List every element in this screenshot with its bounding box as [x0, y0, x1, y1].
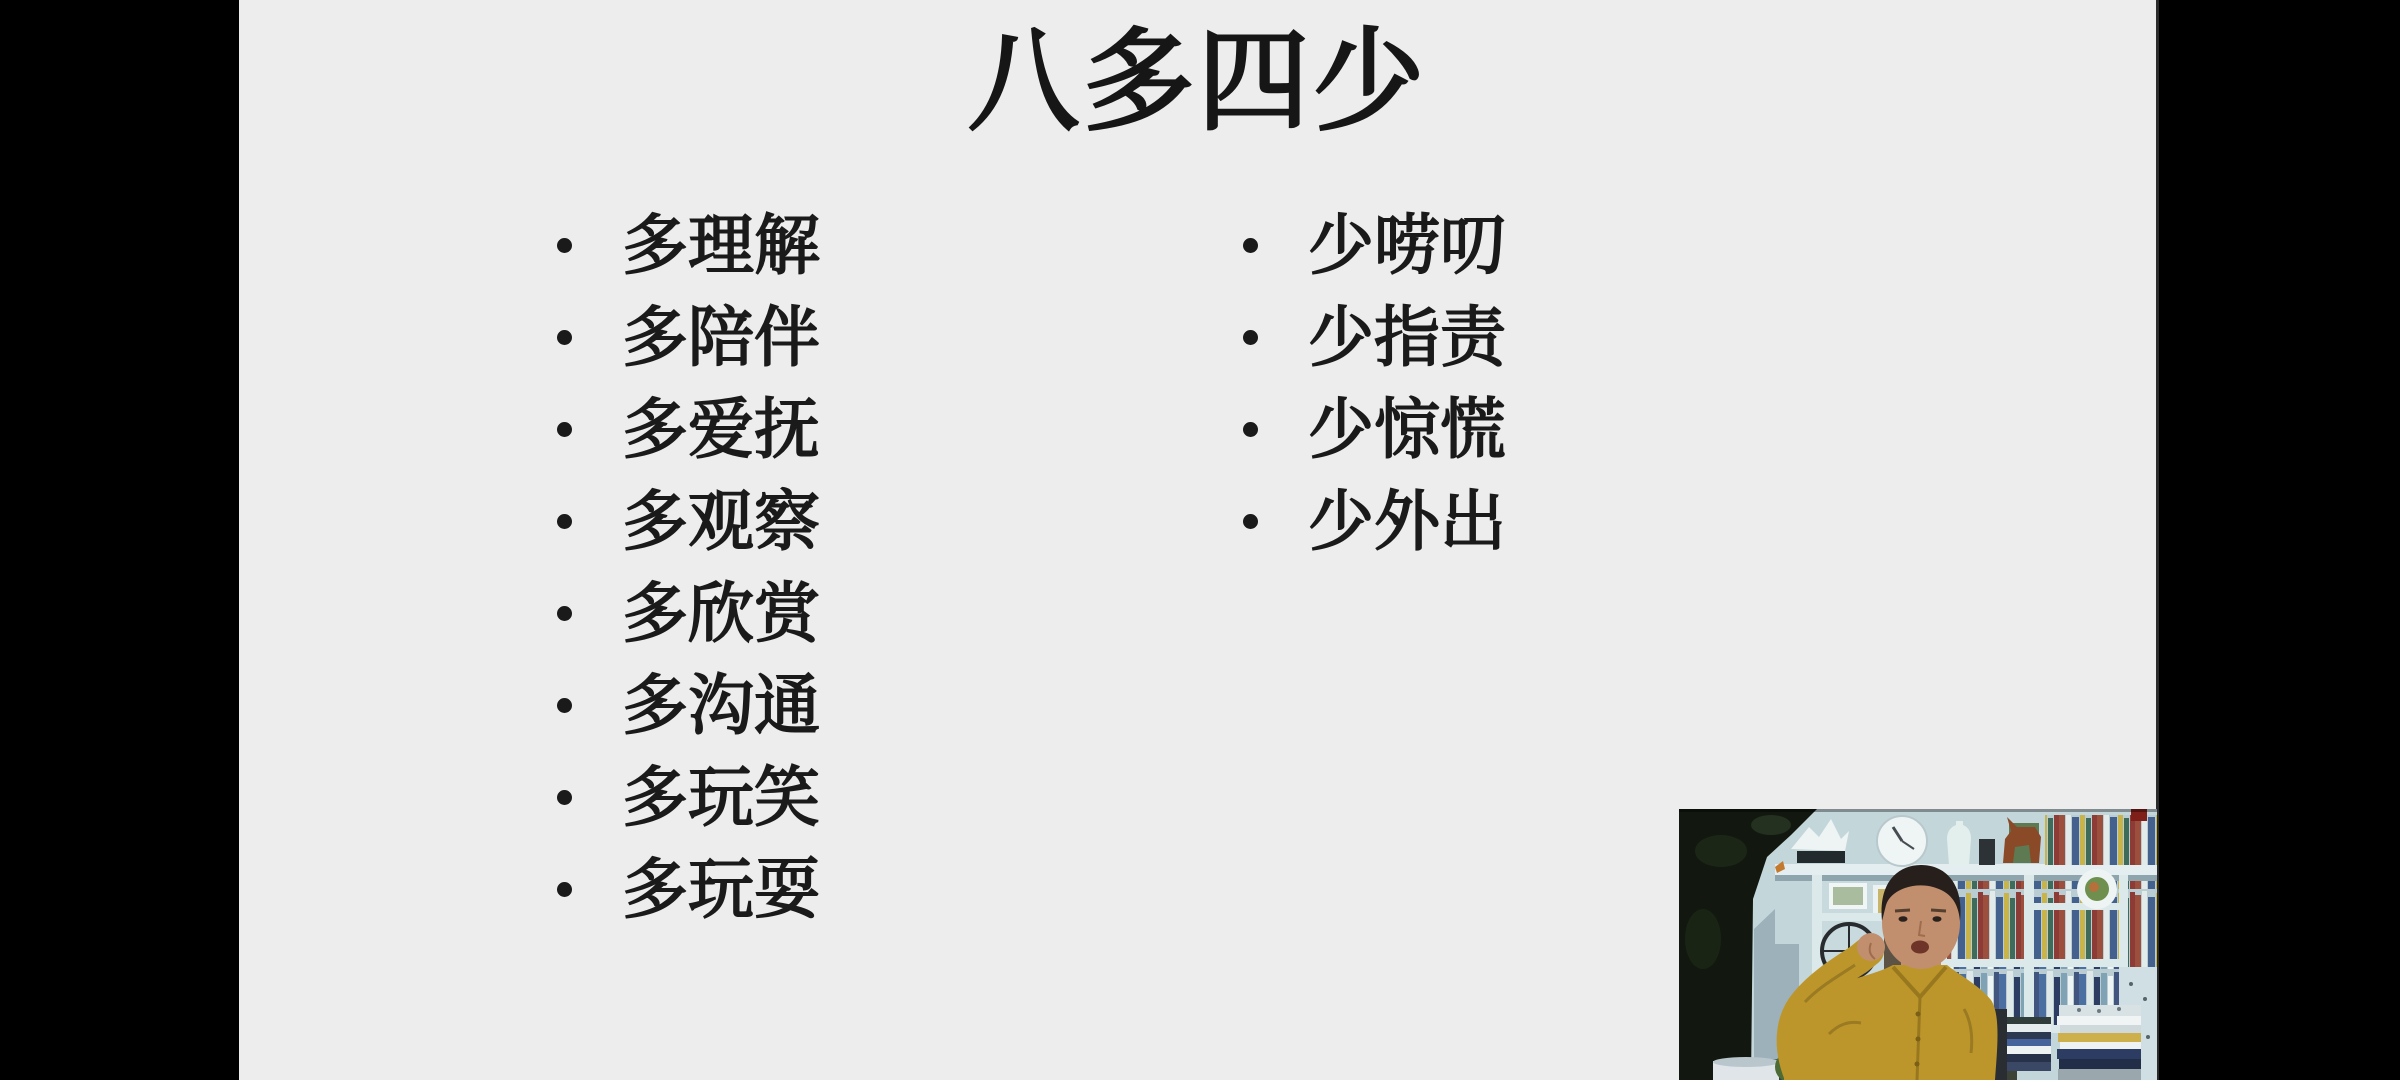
list-item-text: 少唠叨: [1308, 212, 1506, 278]
list-item-text: 多玩耍: [622, 856, 820, 922]
bullet-icon: [1243, 238, 1258, 253]
list-item: 多欣赏: [557, 567, 820, 659]
list-item-text: 多爱抚: [622, 396, 820, 462]
bullet-icon: [1243, 422, 1258, 437]
bullet-icon: [1243, 514, 1258, 529]
bullet-icon: [557, 790, 572, 805]
list-item: 少唠叨: [1243, 199, 1506, 291]
bullet-list-left: 多理解 多陪伴 多爱抚 多观察 多欣赏 多沟通 多玩笑 多玩耍: [557, 199, 820, 935]
webcam-overlay: [1679, 809, 2157, 1080]
list-item: 多理解: [557, 199, 820, 291]
hand: [1857, 933, 1885, 961]
letterbox-bar-left: [0, 0, 239, 1080]
books-row: [2128, 881, 2157, 967]
letterbox-bar-right: [2159, 0, 2400, 1080]
list-item: 多玩笑: [557, 751, 820, 843]
webcam-scene: [1679, 809, 2157, 1080]
bullet-icon: [557, 606, 572, 621]
bullet-list-right: 少唠叨 少指责 少惊慌 少外出: [1243, 199, 1506, 567]
bullet-icon: [557, 330, 572, 345]
list-item: 多沟通: [557, 659, 820, 751]
bullet-icon: [557, 238, 572, 253]
picture-frame: [1833, 887, 1863, 905]
bullet-icon: [1243, 330, 1258, 345]
eye: [1933, 916, 1942, 922]
list-item-text: 少外出: [1308, 488, 1506, 554]
video-frame: 八多四少 多理解 多陪伴 多爱抚 多观察 多欣赏 多沟通 多玩笑 多玩耍 少唠叨…: [0, 0, 2400, 1080]
open-mouth: [1911, 941, 1929, 954]
books-row: [2045, 815, 2157, 865]
list-item-text: 多理解: [622, 212, 820, 278]
list-item-text: 多观察: [622, 488, 820, 554]
list-item: 多爱抚: [557, 383, 820, 475]
eye: [1899, 916, 1908, 922]
lantern: [1979, 839, 1995, 865]
books-row: [2034, 910, 2119, 959]
bullet-icon: [557, 882, 572, 897]
bullet-icon: [557, 514, 572, 529]
list-item-text: 多陪伴: [622, 304, 820, 370]
slide-title: 八多四少: [239, 20, 2156, 143]
bullet-icon: [557, 422, 572, 437]
list-item-text: 少惊慌: [1308, 396, 1506, 462]
list-item: 少惊慌: [1243, 383, 1506, 475]
list-item: 少指责: [1243, 291, 1506, 383]
list-item-text: 多玩笑: [622, 764, 820, 830]
list-item: 多观察: [557, 475, 820, 567]
book-stack: [2057, 1005, 2141, 1080]
list-item-text: 少指责: [1308, 304, 1506, 370]
list-item: 多陪伴: [557, 291, 820, 383]
bullet-icon: [557, 698, 572, 713]
list-item-text: 多欣赏: [622, 580, 820, 646]
list-item: 少外出: [1243, 475, 1506, 567]
list-item-text: 多沟通: [622, 672, 820, 738]
list-item: 多玩耍: [557, 843, 820, 935]
